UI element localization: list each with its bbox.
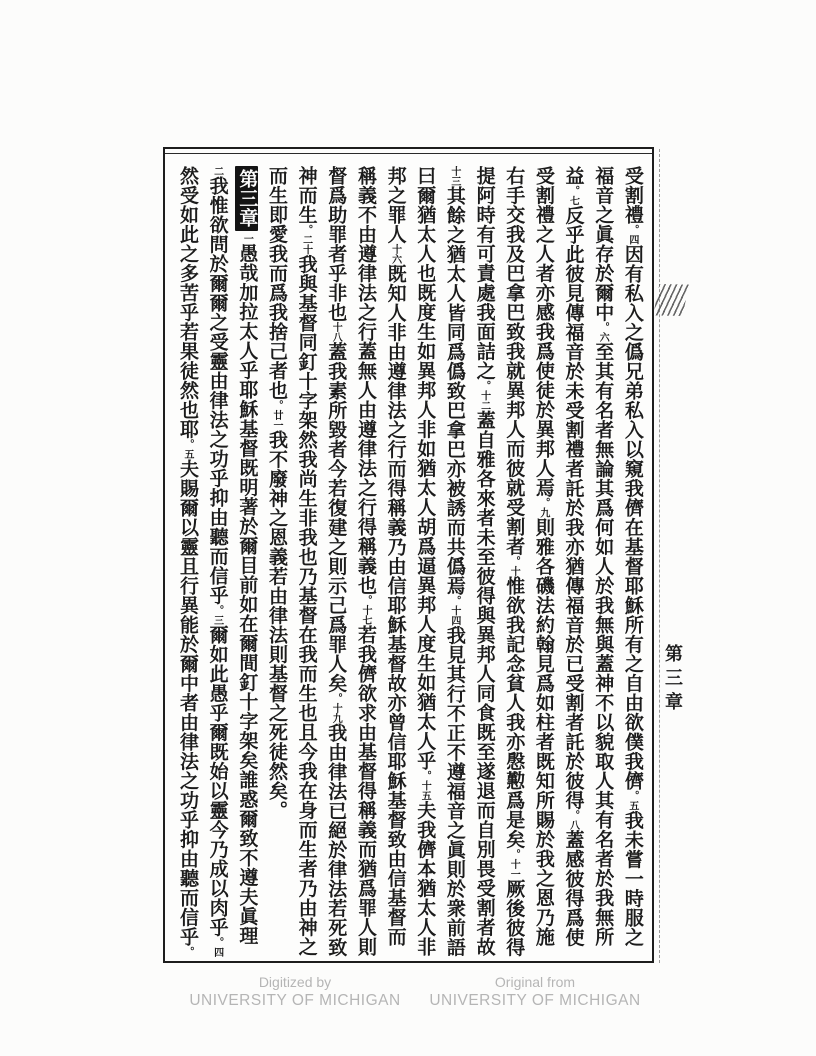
verse-number: 。十四: [449, 596, 460, 626]
verse-number: 。九: [538, 498, 549, 518]
text-run: 愚哉加拉太人乎耶穌基督既明著於爾目前如在爾間釘十字架矣誰惑爾致不遵夫眞理乎: [234, 166, 257, 946]
verse-number: 。七: [568, 186, 579, 206]
verse-number: 。五: [627, 791, 638, 811]
text-column: 益。七反乎此彼見傳福音於未受割禮者託於我亦猶傳福音於已受割者託於彼得。八蓋感彼得…: [561, 166, 585, 962]
scanned-page: 受割禮。四因有私入之僞兄弟私入以窺我儕在基督耶穌所有之自由欲僕我儕。五我未嘗一時…: [0, 0, 816, 1056]
text-run: 我與基督同釘十字架然我尚生非我也乃基督在我而生也且今我在身而生者乃由神之子: [294, 166, 317, 957]
digitization-footer: Digitized by UNIVERSITY OF MICHIGAN Orig…: [0, 974, 816, 1014]
text-run: 爾如此愚乎爾既始以靈今乃成以肉乎: [207, 625, 228, 937]
text-run: 受割禮: [622, 166, 643, 225]
text-run: 神而生: [296, 166, 317, 225]
margin-fold-line: [659, 149, 660, 963]
text-column: 曰爾猶太人也既度生如異邦人非如猶太人胡爲逼異邦人度生如猶太人乎。十五夫我儕本猶太…: [412, 166, 436, 962]
chapter-heading: 第三章: [235, 166, 258, 231]
footer-digitized-by: Digitized by UNIVERSITY OF MICHIGAN: [170, 974, 420, 1010]
footer-digitized-line1: Digitized by: [170, 974, 420, 990]
text-run: 我惟欲問於爾爾之受靈由律法之功乎抑由聽而信乎: [207, 176, 228, 605]
verse-number: 一: [241, 234, 252, 244]
text-run: 然受如此之多苦乎若果徒然也耶: [177, 166, 198, 439]
text-run: 反乎此彼見傳福音於未受割禮者託於我亦猶傳福音於已受割者託於彼得: [563, 206, 584, 811]
verse-number: 。三: [212, 605, 223, 625]
text-column: 受割禮之人者亦感我爲使徒於異邦人焉。九則雅各磯法約翰見爲如柱者既知所賜於我之恩乃…: [531, 166, 555, 962]
text-column: 十三其餘之猶太人皆同爲僞致巴拿巴亦被誘而共僞焉。十四我見其行不正不遵福音之眞則於…: [442, 166, 466, 962]
verse-number: 十八: [330, 322, 341, 342]
text-column: 提阿時有可責處我面詰之。十二蓋自雅各來者未至彼得與異邦人同食既至遂退而自別畏受割…: [472, 166, 496, 962]
verse-number: 。五: [182, 439, 193, 459]
text-run: 惟欲我記念貧人我亦慇懃爲是矣: [503, 576, 524, 849]
text-run: 而生即愛我而爲我捨己者也: [266, 166, 287, 400]
text-column: 然受如此之多苦乎若果徒然也耶。五夫賜爾以靈且行異能於爾中者由律法之功乎抑由聽而信…: [175, 166, 199, 962]
footer-original-line1: Original from: [410, 974, 660, 990]
verse-number: 十六: [390, 244, 401, 264]
verse-number: 。十五: [419, 771, 430, 801]
verse-number: 。六: [597, 322, 608, 342]
verse-number: 。四: [212, 937, 223, 957]
text-run: 提阿時有可責處我面詰之: [474, 166, 495, 381]
text-column: 稱義不由遵律法之行蓋無人由遵律法之行得稱義也。十七若我儕欲求由基督得稱義而猶爲罪…: [353, 166, 377, 962]
text-column: 二我惟欲問於爾爾之受靈由律法之功乎抑由聽而信乎。三爾如此愚乎爾既始以靈今乃成以肉…: [205, 166, 229, 962]
verse-number: 。廿一: [271, 400, 282, 430]
verse-number: 。十: [508, 556, 519, 576]
verse-number: 。十二: [479, 381, 490, 411]
text-run: 稱義不由遵律法之行蓋無人由遵律法之行得稱義也: [355, 166, 376, 595]
text-run: 夫賜爾以靈且行異能於爾中者由律法之功乎抑由聽而信乎: [177, 459, 198, 947]
footer-digitized-line2: UNIVERSITY OF MICHIGAN: [170, 992, 420, 1010]
verse-number: 。四: [627, 225, 638, 245]
footer-original-line2: UNIVERSITY OF MICHIGAN: [410, 992, 660, 1010]
text-column: 督爲助罪者乎非也十八蓋我素所毀者今若復建之則示己爲罪人矣。十九我由律法已絕於律法…: [323, 166, 347, 962]
text-columns: 受割禮。四因有私入之僞兄弟私入以窺我儕在基督耶穌所有之自由欲僕我儕。五我未嘗一時…: [175, 166, 644, 955]
margin-chapter-label: 第三章: [660, 644, 686, 716]
text-column: 福音之眞存於爾中。六至其有名者無論其爲何如人於我無與蓋神不以貌取人其有名者於我無…: [590, 166, 614, 962]
text-run: 福音之眞存於爾中: [592, 166, 613, 322]
text-column: 第三章一愚哉加拉太人乎耶穌基督既明著於爾目前如在爾間釘十字架矣誰惑爾致不遵夫眞理…: [234, 166, 258, 962]
verse-number: 。二十: [301, 225, 312, 255]
verse-number: 二: [212, 166, 223, 176]
text-run: 益: [563, 166, 584, 186]
text-run: 邦之罪人: [385, 166, 406, 244]
verse-number: 。十九: [330, 693, 341, 723]
text-run: 右手交我及巴拿巴致我就異邦人而彼就受割者: [503, 166, 524, 556]
text-run: 受割禮之人者亦感我爲使徒於異邦人焉: [533, 166, 554, 498]
verse-number: 十三: [449, 166, 460, 186]
text-column: 受割禮。四因有私入之僞兄弟私入以窺我儕在基督耶穌所有之自由欲僕我儕。五我未嘗一時…: [620, 166, 644, 962]
text-column: 邦之罪人十六既知人非由遵律法之行而得稱義乃由信耶穌基督故亦曾信耶穌基督致由信基督…: [383, 166, 407, 962]
text-column: 右手交我及巴拿巴致我就異邦人而彼就受割者。十惟欲我記念貧人我亦慇懃爲是矣。十一厥…: [501, 166, 525, 962]
text-run: 蓋我素所毀者今若復建之則示己爲罪人矣: [325, 342, 346, 693]
verse-number: 。十一: [508, 849, 519, 879]
text-frame: 受割禮。四因有私入之僞兄弟私入以窺我儕在基督耶穌所有之自由欲僕我儕。五我未嘗一時…: [163, 147, 654, 963]
text-run: 因有私入之僞兄弟私入以窺我儕在基督耶穌所有之自由欲僕我儕: [622, 245, 643, 791]
text-run: 督爲助罪者乎非也: [325, 166, 346, 322]
text-run: 其餘之猶太人皆同爲僞致巴拿巴亦被誘而共僞焉: [444, 186, 465, 596]
text-run: 曰爾猶太人也既度生如異邦人非如猶太人胡爲逼異邦人度生如猶太人乎: [414, 166, 435, 771]
text-column: 而生即愛我而爲我捨己者也。廿一我不廢神之恩義若由律法則基督之死徒然矣。: [264, 166, 288, 962]
verse-number: 。十七: [360, 595, 371, 625]
text-run: 既知人非由遵律法之行而得稱義乃由信耶穌基督故亦曾信耶穌基督致由信基督而得: [383, 166, 406, 947]
verse-number: 。八: [568, 810, 579, 830]
footer-original-from: Original from UNIVERSITY OF MICHIGAN: [410, 974, 660, 1010]
text-run: 我不廢神之恩義若由律法則基督之死徒然矣。: [266, 430, 287, 820]
text-column: 神而生。二十我與基督同釘十字架然我尚生非我也乃基督在我而生也且今我在身而生者乃由…: [294, 166, 318, 962]
